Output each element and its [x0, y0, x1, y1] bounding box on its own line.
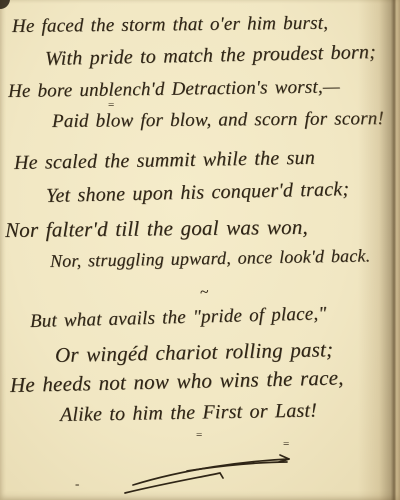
caps-emphasis-mark: =: [283, 439, 289, 450]
poem-line: He faced the storm that o'er him burst,: [12, 13, 328, 38]
scan-corner-artifact: [0, 0, 10, 9]
manuscript-page: He faced the storm that o'er him burst, …: [0, 0, 400, 500]
caps-emphasis-mark: =: [196, 430, 202, 441]
interstanza-tilde-mark: ~: [199, 285, 209, 302]
poem-line: With pride to match the proudest born;: [45, 41, 376, 71]
poem-line: He bore unblench'd Detraction's worst,—: [8, 76, 340, 103]
poem-line: Nor falter'd till the goal was won,: [5, 215, 308, 243]
poem-line: He scaled the summit while the sun: [14, 147, 315, 175]
poem-line: Or wingéd chariot rolling past;: [55, 337, 334, 368]
poem-line: But what avails the "pride of place,": [30, 303, 327, 333]
stray-pen-mark: -: [75, 477, 79, 490]
poem-line: Yet shone upon his conquer'd track;: [46, 178, 350, 208]
poem-line: Alike to him the First or Last!: [60, 400, 317, 427]
poem-line: He heeds not now who wins the race,: [10, 365, 344, 398]
caps-emphasis-mark: =: [108, 100, 114, 111]
poem-line: Paid blow for blow, and scorn for scorn!: [52, 108, 384, 133]
poem-line: Nor, struggling upward, once look'd back…: [50, 245, 371, 272]
